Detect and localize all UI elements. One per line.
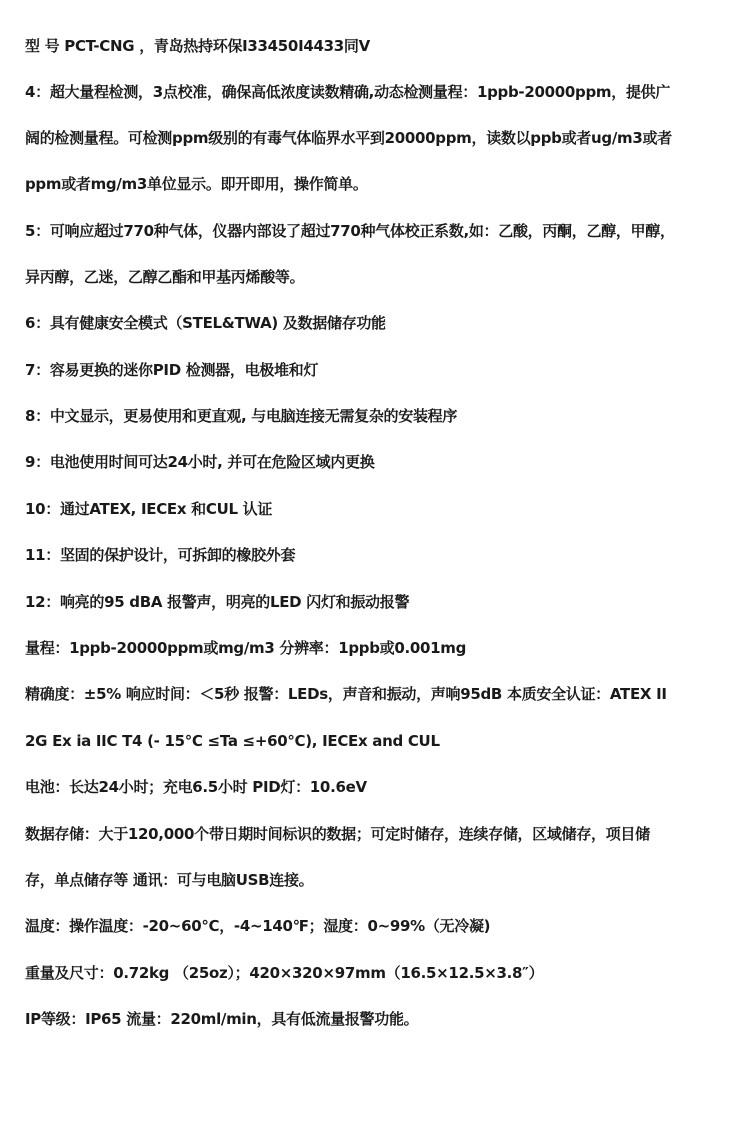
feature-4-line-1: 4：超大量程检测，3点校准，确保高低浓度读数精确,动态检测量程：1ppb-200… <box>25 82 670 102</box>
spec-temperature: 温度：操作温度：-20~60℃，-4~140℉；湿度：0~99%（无冷凝) <box>25 916 490 936</box>
feature-11: 11：坚固的保护设计，可拆卸的橡胶外套 <box>25 545 295 565</box>
spec-battery: 电池：长达24小时；充电6.5小时 PID灯：10.6eV <box>25 777 367 797</box>
spec-storage-line-2: 存，单点储存等 通讯：可与电脑USB连接。 <box>25 870 313 890</box>
feature-12: 12：响亮的95 dBA 报警声，明亮的LED 闪灯和振动报警 <box>25 592 409 612</box>
spec-accuracy-line-2: 2G Ex ia IIC T4 (- 15℃ ≤Ta ≤+60℃), IECEx… <box>25 731 440 751</box>
feature-8: 8：中文显示，更易使用和更直观, 与电脑连接无需复杂的安装程序 <box>25 406 457 426</box>
feature-4-line-3: ppm或者mg/m3单位显示。即开即用，操作简单。 <box>25 174 368 194</box>
feature-4-line-2: 阔的检测量程。可检测ppm级别的有毒气体临界水平到20000ppm，读数以ppb… <box>25 128 672 148</box>
feature-6: 6：具有健康安全模式（STEL&TWA) 及数据储存功能 <box>25 313 386 333</box>
spec-accuracy-line-1: 精确度：±5% 响应时间：＜5秒 报警：LEDs，声音和振动，声响95dB 本质… <box>25 684 667 704</box>
spec-weight-size: 重量及尺寸：0.72kg （25oz）；420×320×97mm（16.5×12… <box>25 963 543 983</box>
feature-9: 9：电池使用时间可达24小时, 并可在危险区域内更换 <box>25 452 374 472</box>
feature-5-line-1: 5：可响应超过770种气体，仪器内部设了超过770种气体校正系数,如：乙酸，丙酮… <box>25 221 675 241</box>
spec-ip-flow: IP等级：IP65 流量：220ml/min，具有低流量报警功能。 <box>25 1009 418 1029</box>
feature-5-line-2: 异丙醇，乙迷，乙醇乙酯和甲基丙烯酸等。 <box>25 267 304 287</box>
feature-7: 7：容易更换的迷你PID 检测器，电极堆和灯 <box>25 360 318 380</box>
spec-storage-line-1: 数据存储：大于120,000个带日期时间标识的数据；可定时储存，连续存储，区域储… <box>25 824 650 844</box>
model-line: 型 号 PCT-CNG ，青岛热持环保I33450I4433同V <box>25 36 370 56</box>
spec-range-resolution: 量程：1ppb-20000ppm或mg/m3 分辨率：1ppb或0.001mg <box>25 638 466 658</box>
feature-10: 10：通过ATEX, IECEx 和CUL 认证 <box>25 499 272 519</box>
